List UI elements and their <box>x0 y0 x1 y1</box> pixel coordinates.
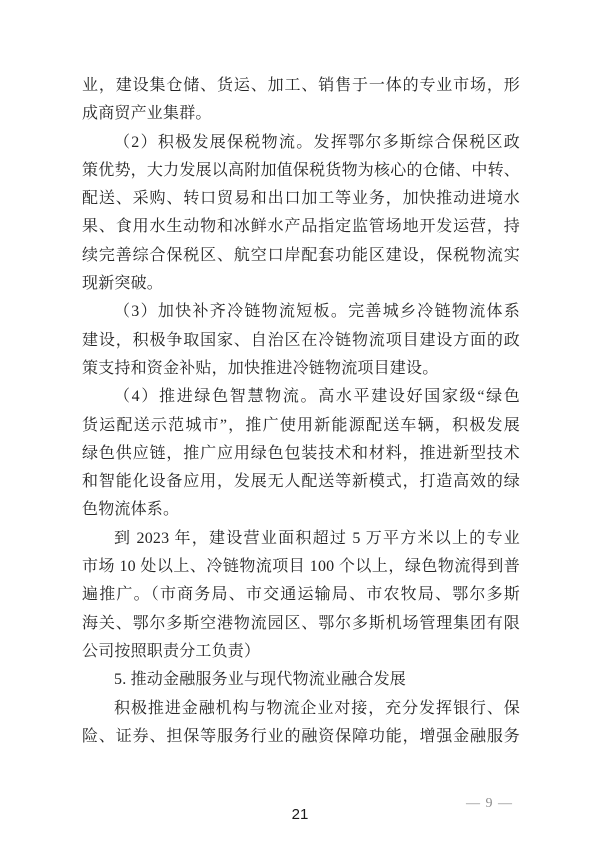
section-heading-line: 5. 推动金融服务业与现代物流业融合发展 <box>82 666 520 694</box>
body-text: 业，建设集仓储、货运、加工、销售于一体的专业市场，形 成商贸产业集群。 （2）积… <box>82 72 520 751</box>
text-line: 到 2023 年，建设营业面积超过 5 万平方米以上的专业 <box>82 525 520 553</box>
text-line: （2）积极发展保税物流。发挥鄂尔多斯综合保税区政 <box>82 129 520 157</box>
text-line: 业，建设集仓储、货运、加工、销售于一体的专业市场，形 <box>82 72 520 100</box>
text-line: 绿色供应链，推广应用绿色包装技术和材料，推进新型技术 <box>82 440 520 468</box>
text-line: 现新突破。 <box>82 270 520 298</box>
text-line: 货运配送示范城市”，推广使用新能源配送车辆，积极发展 <box>82 412 520 440</box>
text-line: 策优势，大力发展以高附加值保税货物为核心的仓储、中转、 <box>82 157 520 185</box>
text-line: 续完善综合保税区、航空口岸配套功能区建设，保税物流实 <box>82 242 520 270</box>
text-line: 色物流体系。 <box>82 496 520 524</box>
text-line: （4）推进绿色智慧物流。高水平建设好国家级“绿色 <box>82 383 520 411</box>
text-line: 成商贸产业集群。 <box>82 100 520 128</box>
text-line: 和智能化设备应用，发展无人配送等新模式，打造高效的绿 <box>82 468 520 496</box>
text-line: 险、证券、担保等服务行业的融资保障功能，增强金融服务 <box>82 723 520 751</box>
text-line: 海关、鄂尔多斯空港物流园区、鄂尔多斯机场管理集团有限 <box>82 610 520 638</box>
document-page: 业，建设集仓储、货运、加工、销售于一体的专业市场，形 成商贸产业集群。 （2）积… <box>0 0 600 848</box>
text-line: 建设，积极争取国家、自治区在冷链物流项目建设方面的政 <box>82 327 520 355</box>
text-line: 配送、采购、转口贸易和出口加工等业务，加快推动进境水 <box>82 185 520 213</box>
text-line: 市场 10 处以上、冷链物流项目 100 个以上，绿色物流得到普 <box>82 553 520 581</box>
text-line: 策支持和资金补贴，加快推进冷链物流项目建设。 <box>82 355 520 383</box>
scan-page-number: 21 <box>0 806 600 823</box>
text-line: 遍推广。（市商务局、市交通运输局、市农牧局、鄂尔多斯 <box>82 581 520 609</box>
text-line: 公司按照职责分工负责） <box>82 638 520 666</box>
text-line: 积极推进金融机构与物流企业对接，充分发挥银行、保 <box>82 695 520 723</box>
text-line: （3）加快补齐冷链物流短板。完善城乡冷链物流体系 <box>82 298 520 326</box>
text-line: 果、食用水生动物和冰鲜水产品指定监管场地开发运营，持 <box>82 213 520 241</box>
